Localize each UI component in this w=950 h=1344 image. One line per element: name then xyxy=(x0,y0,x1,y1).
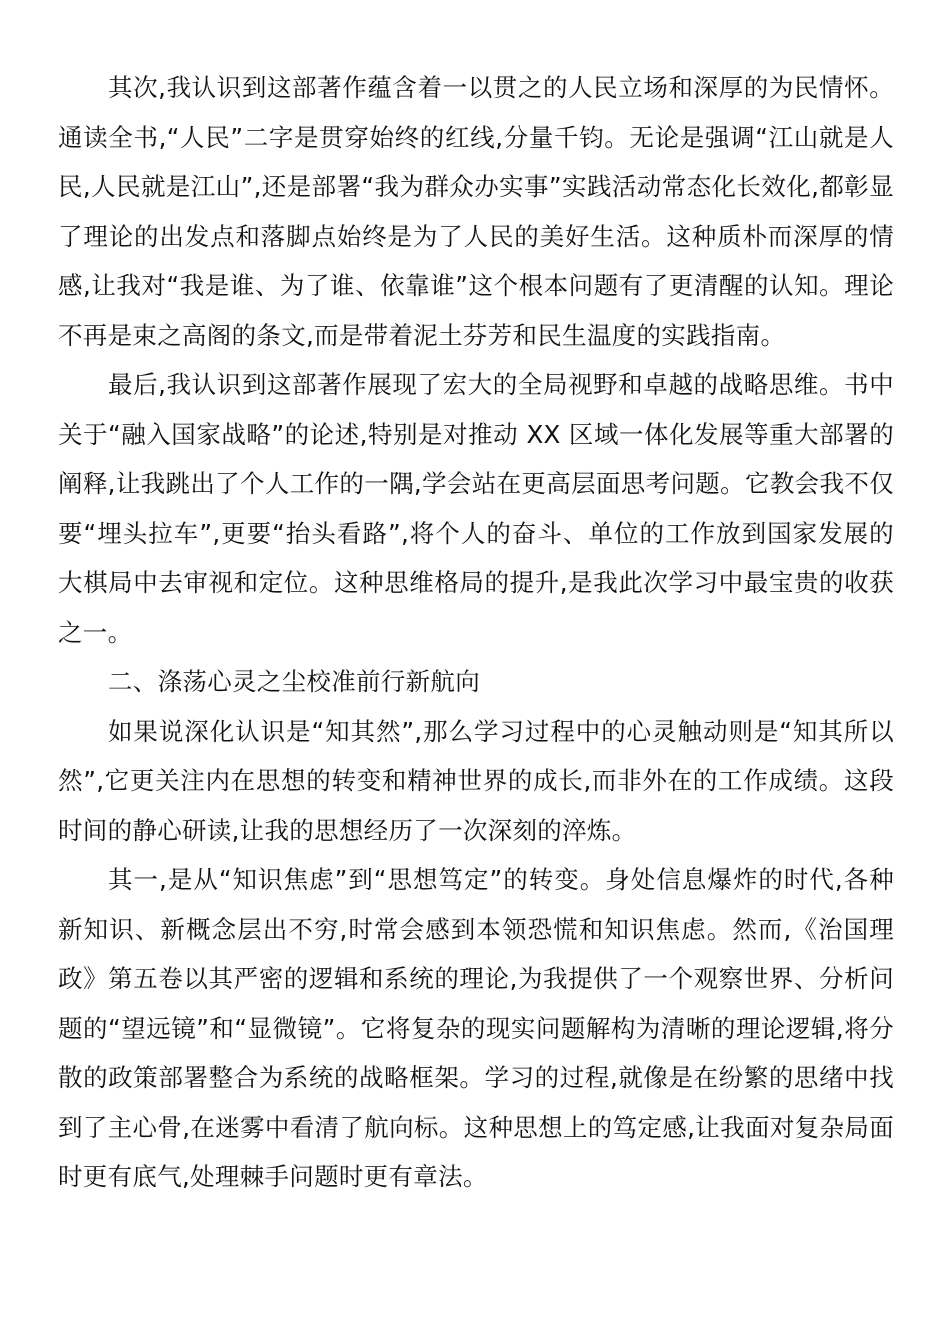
paragraph-section-intro: 如果说深化认识是“知其然”,那么学习过程中的心灵触动则是“知其所以然”,它更关注… xyxy=(58,707,894,856)
paragraph-strategic-vision: 最后,我认识到这部著作展现了宏大的全局视野和卓越的战略思维。书中关于“融入国家战… xyxy=(58,360,894,657)
document-page: 其次,我认识到这部著作蕴含着一以贯之的人民立场和深厚的为民情怀。通读全书,“人民… xyxy=(58,63,894,1202)
paragraph-first-transformation: 其一,是从“知识焦虑”到“思想笃定”的转变。身处信息爆炸的时代,各种新知识、新概… xyxy=(58,855,894,1202)
paragraph-people-stance: 其次,我认识到这部著作蕴含着一以贯之的人民立场和深厚的为民情怀。通读全书,“人民… xyxy=(58,63,894,360)
section-heading-2: 二、涤荡心灵之尘校准前行新航向 xyxy=(58,657,894,707)
